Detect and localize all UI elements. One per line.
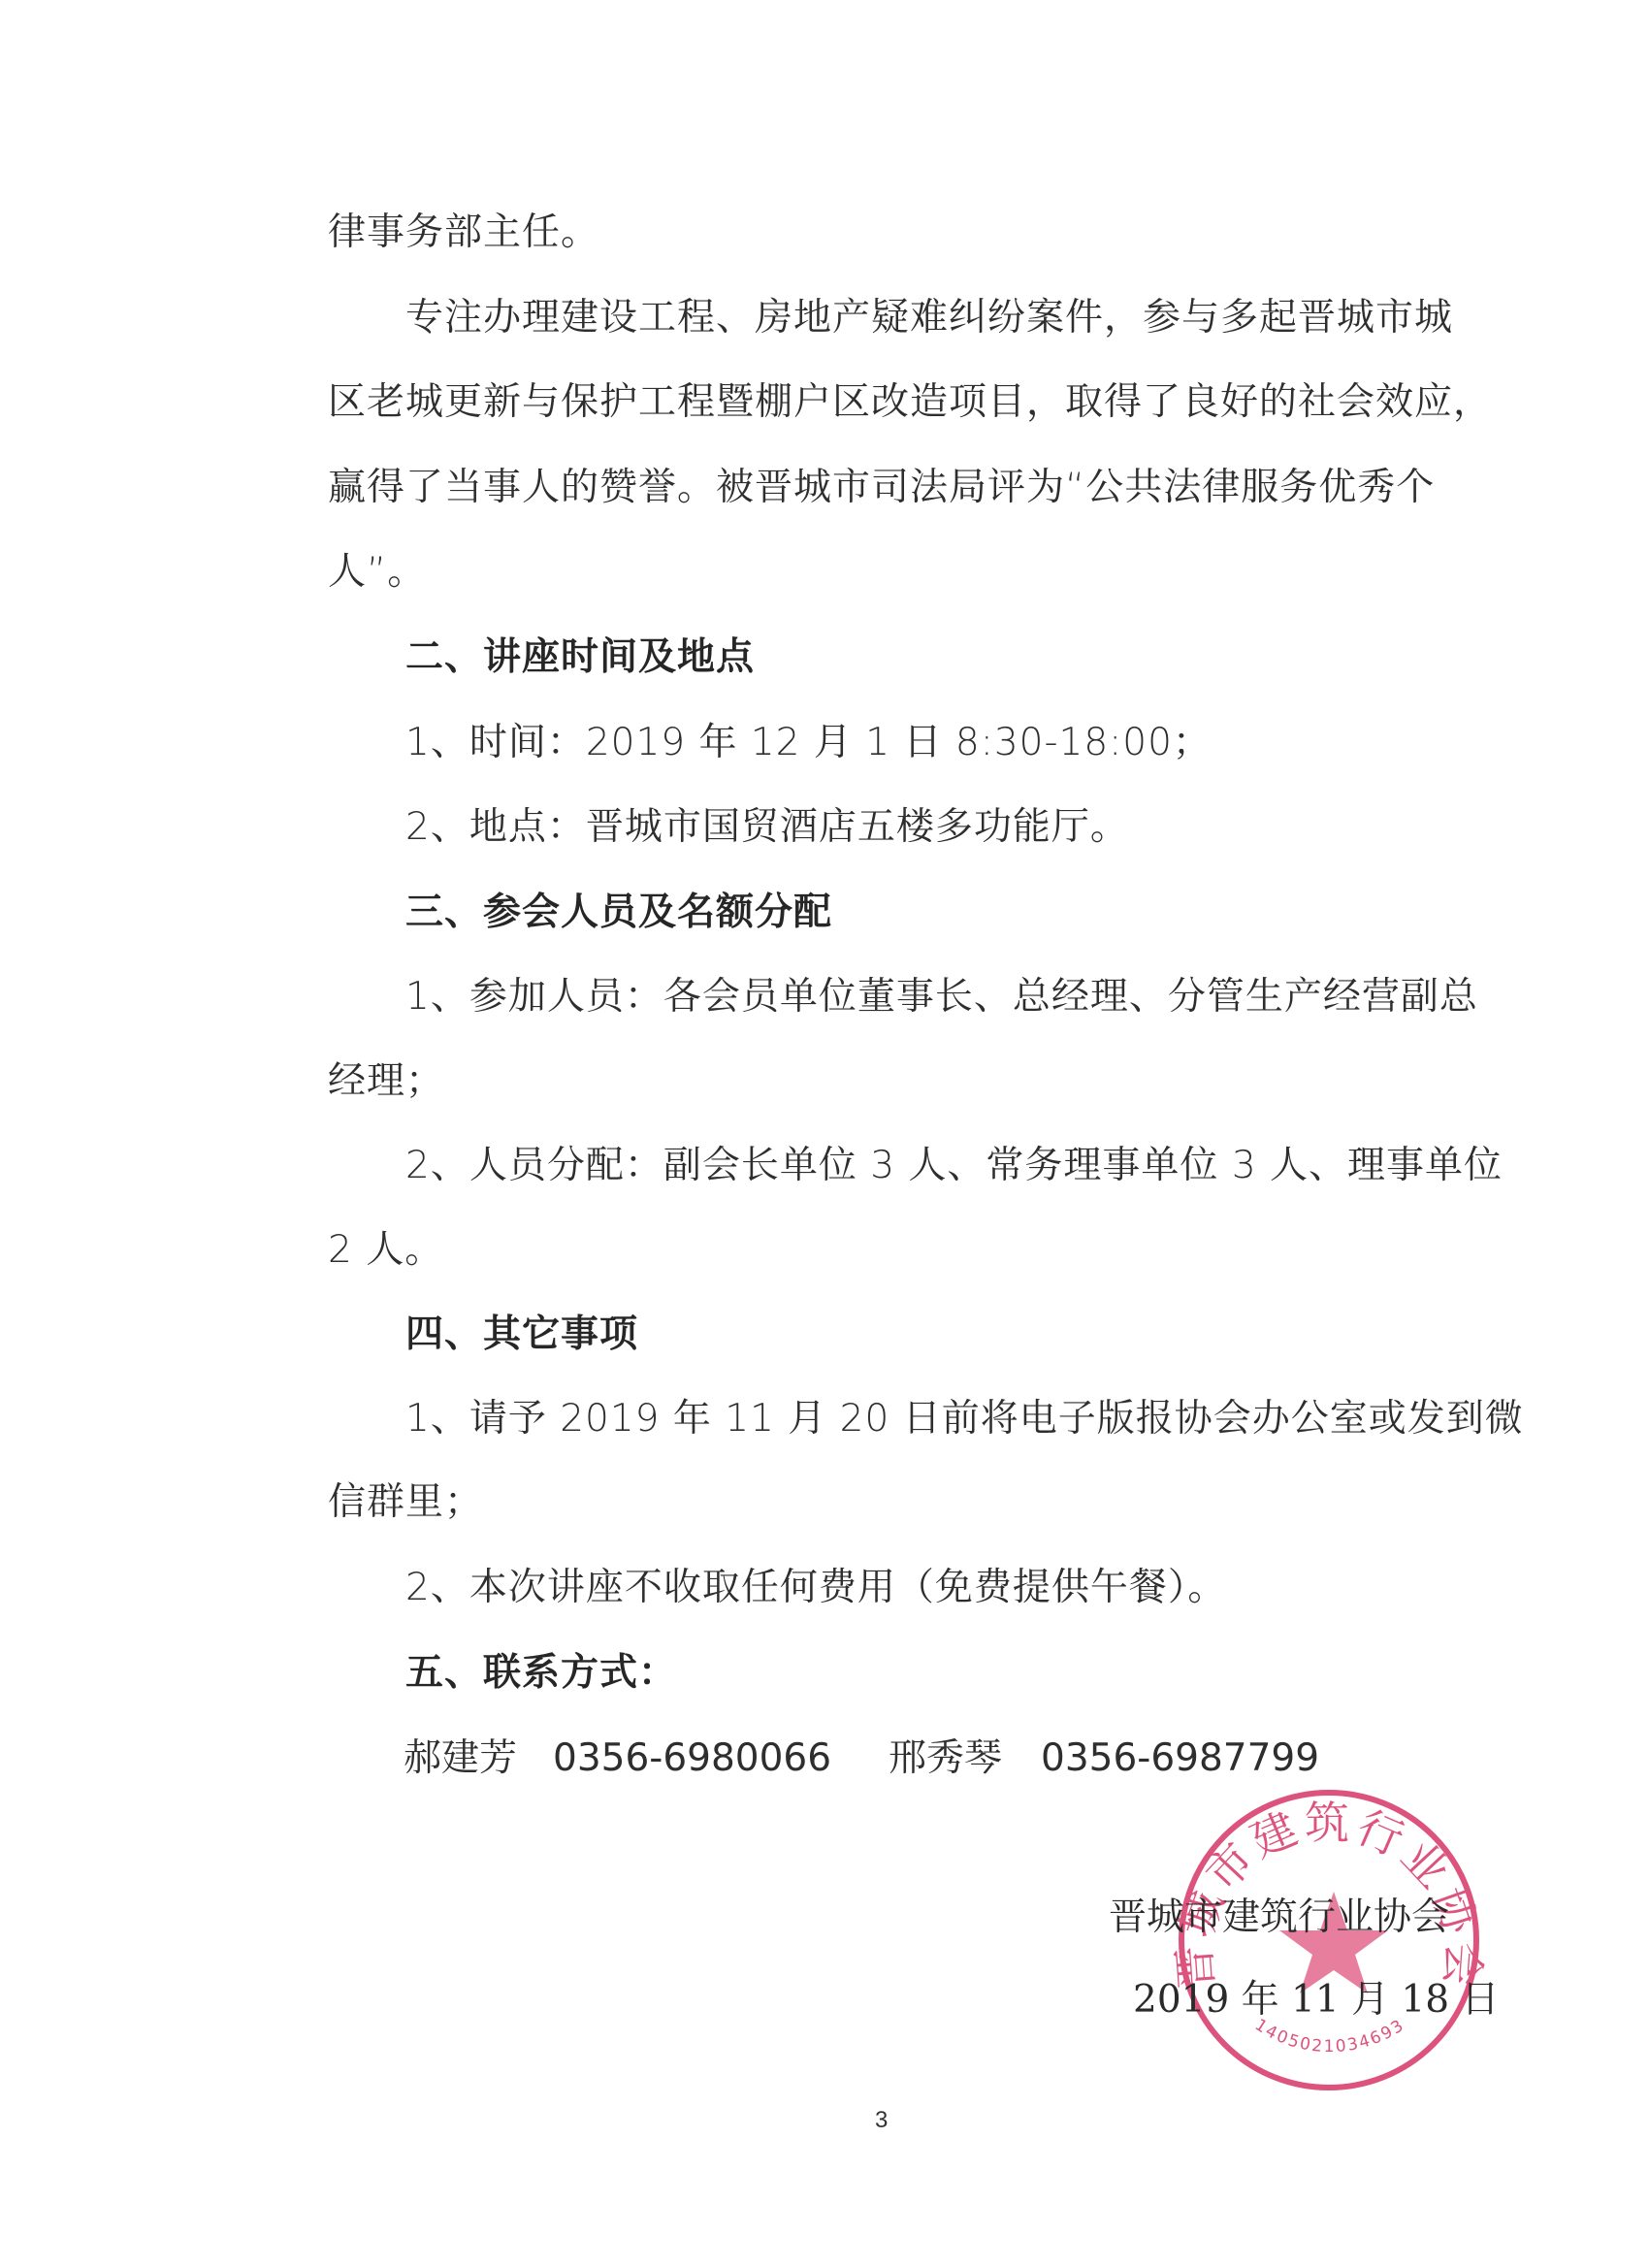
list-item-allocation: 2、人员分配：副会长单位 3 人、常务理事单位 3 人、理事单位 bbox=[405, 1145, 1521, 1187]
signature-date: 2019 年 11 月 18 日 bbox=[1133, 1979, 1500, 2022]
signature-organization: 晋城市建筑行业协会 bbox=[1109, 1896, 1449, 1939]
contact-phone-2: 0356-6987799 bbox=[1041, 1737, 1319, 1780]
list-item-fee: 2、本次讲座不收取任何费用（免费提供午餐）。 bbox=[405, 1567, 1521, 1609]
list-item-attendees: 1、参加人员：各会员单位董事长、总经理、分管生产经营副总 bbox=[405, 976, 1521, 1019]
page-number: 3 bbox=[875, 2107, 888, 2134]
section-heading-time-location: 二、讲座时间及地点 bbox=[405, 636, 1521, 679]
contact-phone-1: 0356-6980066 bbox=[553, 1737, 831, 1780]
section-heading-attendees: 三、参会人员及名额分配 bbox=[405, 891, 1521, 934]
section-heading-other: 四、其它事项 bbox=[405, 1313, 1521, 1356]
list-item-attendees-cont: 经理； bbox=[328, 1060, 1443, 1103]
paragraph-line: 赢得了当事人的赞誉。被晋城市司法局评为“公共法律服务优秀个 bbox=[328, 467, 1443, 509]
paragraph-line: 专注办理建设工程、房地产疑难纠纷案件，参与多起晋城市城 bbox=[405, 297, 1521, 340]
paragraph-line: 律事务部主任。 bbox=[328, 211, 1443, 254]
paragraph-line: 人”。 bbox=[328, 551, 1443, 594]
official-seal-stamp: 晋城市建筑行业协会 1405021034693 bbox=[1169, 1780, 1489, 2100]
paragraph-line: 区老城更新与保护工程暨棚户区改造项目，取得了良好的社会效应， bbox=[328, 381, 1443, 424]
list-item-allocation-cont: 2 人。 bbox=[328, 1229, 1443, 1272]
list-item-time: 1、时间：2019 年 12 月 1 日 8:30-18:00； bbox=[405, 722, 1521, 764]
document-page: 律事务部主任。 专注办理建设工程、房地产疑难纠纷案件，参与多起晋城市城 区老城更… bbox=[0, 0, 1649, 2268]
section-heading-contact: 五、联系方式： bbox=[405, 1652, 1521, 1695]
list-item-deadline-cont: 信群里； bbox=[328, 1481, 1443, 1524]
list-item-deadline: 1、请予 2019 年 11 月 20 日前将电子版报协会办公室或发到微 bbox=[405, 1398, 1521, 1441]
contact-name-1: 郝建芳 bbox=[404, 1737, 517, 1780]
contact-name-2: 邢秀琴 bbox=[889, 1737, 1002, 1780]
list-item-location: 2、地点：晋城市国贸酒店五楼多功能厅。 bbox=[405, 806, 1521, 849]
